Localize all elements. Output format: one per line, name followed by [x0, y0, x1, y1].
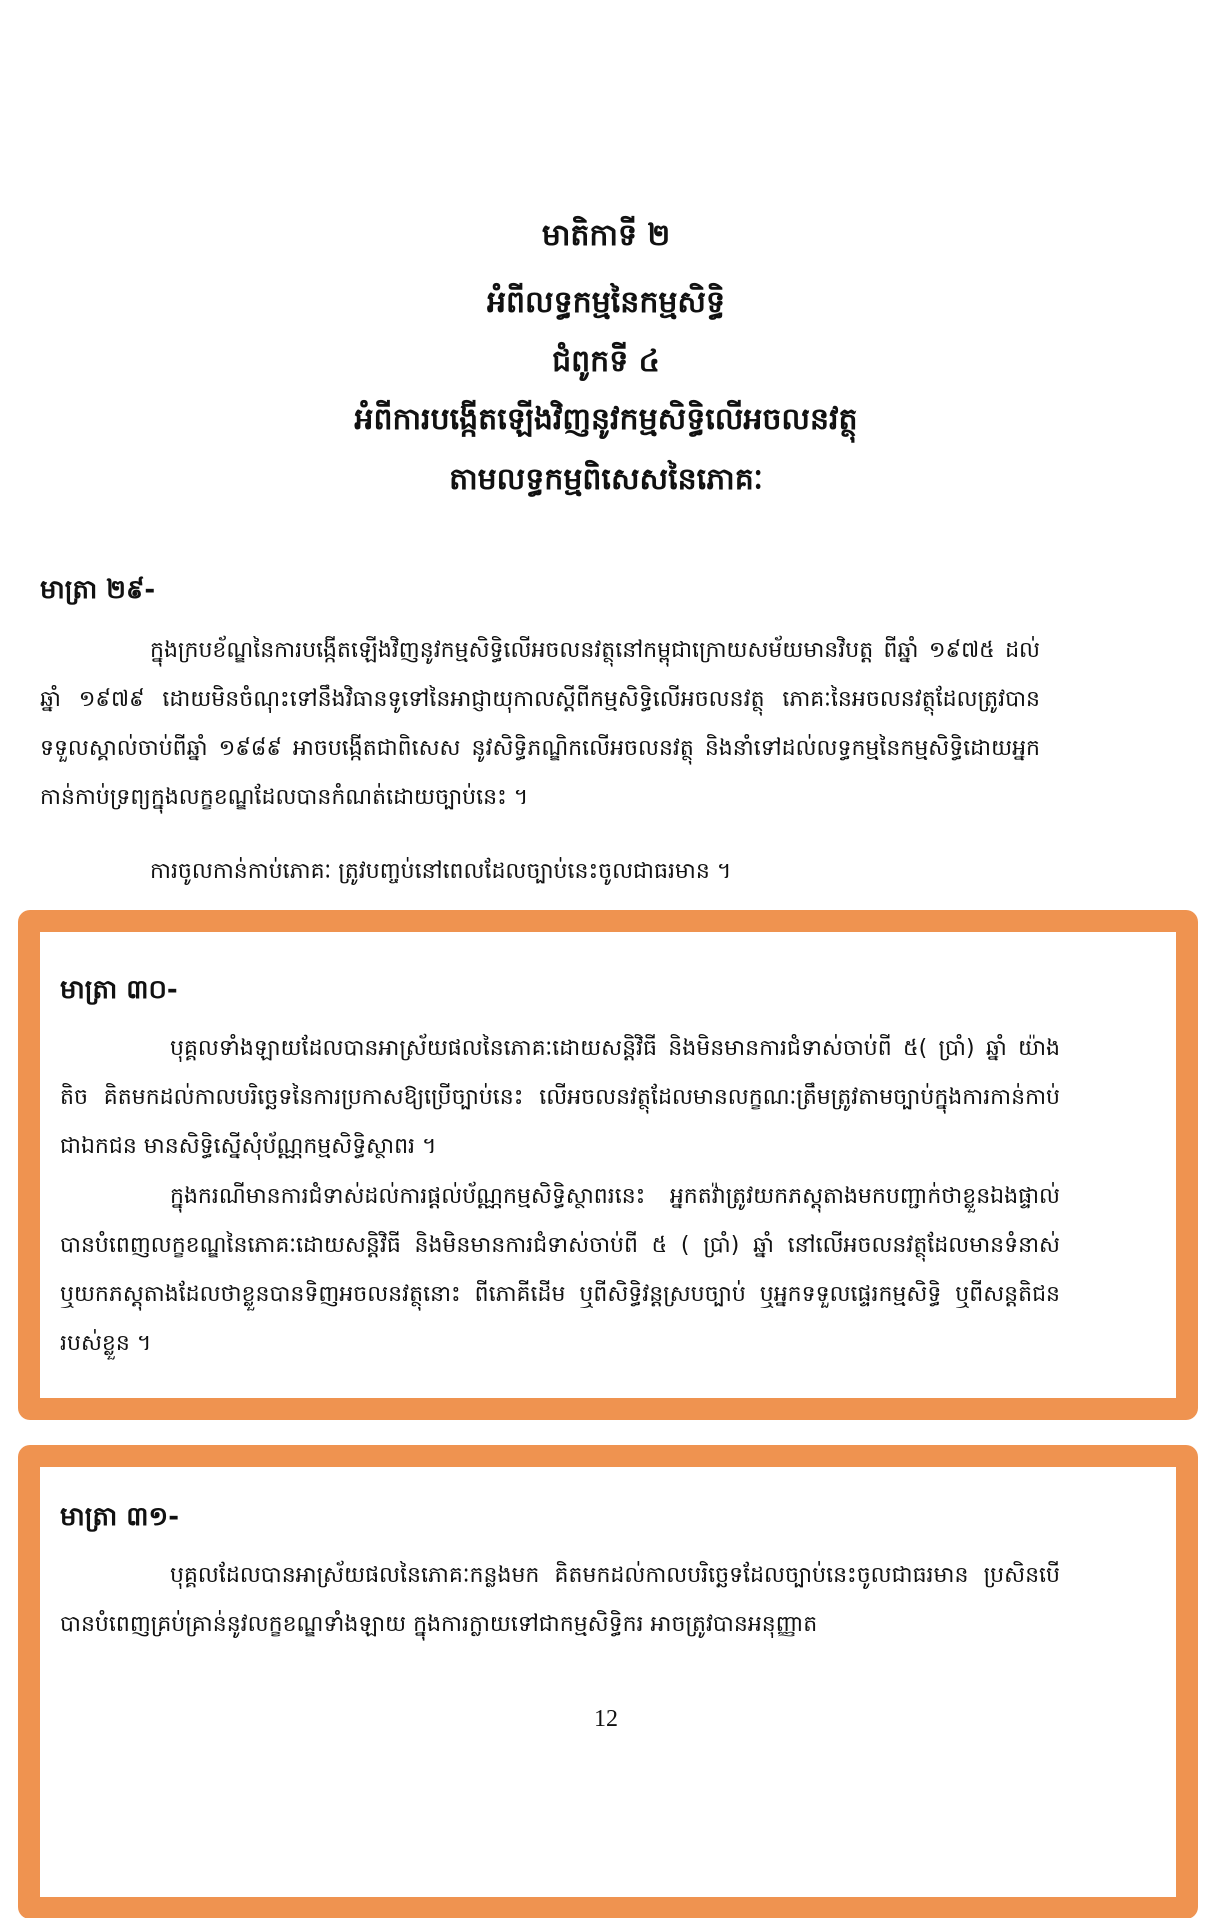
article-paragraph: ក្នុងក្របខ័ណ្ឌនៃការបង្កើតឡើងវិញនូវកម្មសិ…: [40, 626, 1040, 822]
page-number: 12: [0, 1706, 1212, 1733]
article-paragraph: បុគ្គលដែលបានអាស្រ័យផលនៃភោគៈកន្លងមក គិតមក…: [60, 1551, 1060, 1649]
part-title: អំពីលទ្ធកម្មនៃកម្មសិទ្ធិ: [0, 283, 1212, 323]
article-paragraph: បុគ្គលទាំងឡាយដែលបានអាស្រ័យផលនៃភោគៈដោយសន្…: [60, 1024, 1060, 1171]
article-paragraph: ក្នុងករណីមានការជំទាស់ដល់ការផ្តល់ប័ណ្ណកម្…: [60, 1172, 1060, 1368]
part-heading: មាតិកាទី ២: [0, 216, 1212, 256]
highlight-box-article-30: មាត្រា ៣០- បុគ្គលទាំងឡាយដែលបានអាស្រ័យផលន…: [18, 910, 1198, 1420]
article-title: មាត្រា ៣១-: [60, 1499, 179, 1535]
chapter-title-line2: តាមលទ្ធកម្មពិសេសនៃភោគៈ: [0, 460, 1212, 500]
article-title: មាត្រា ៣០-: [60, 972, 178, 1008]
article-paragraph: ការចូលកាន់កាប់ភោគៈ ត្រូវបញ្ចប់នៅពេលដែលច្…: [40, 847, 1040, 896]
chapter-title-line1: អំពីការបង្កើតឡើងវិញនូវកម្មសិទ្ធិលើអចលនវត…: [0, 400, 1212, 440]
highlight-box-article-31: មាត្រា ៣១- បុគ្គលដែលបានអាស្រ័យផលនៃភោគៈកន…: [18, 1445, 1198, 1918]
article-title: មាត្រា ២៩-: [40, 572, 155, 608]
chapter-heading: ជំពូកទី ៤: [0, 342, 1212, 382]
